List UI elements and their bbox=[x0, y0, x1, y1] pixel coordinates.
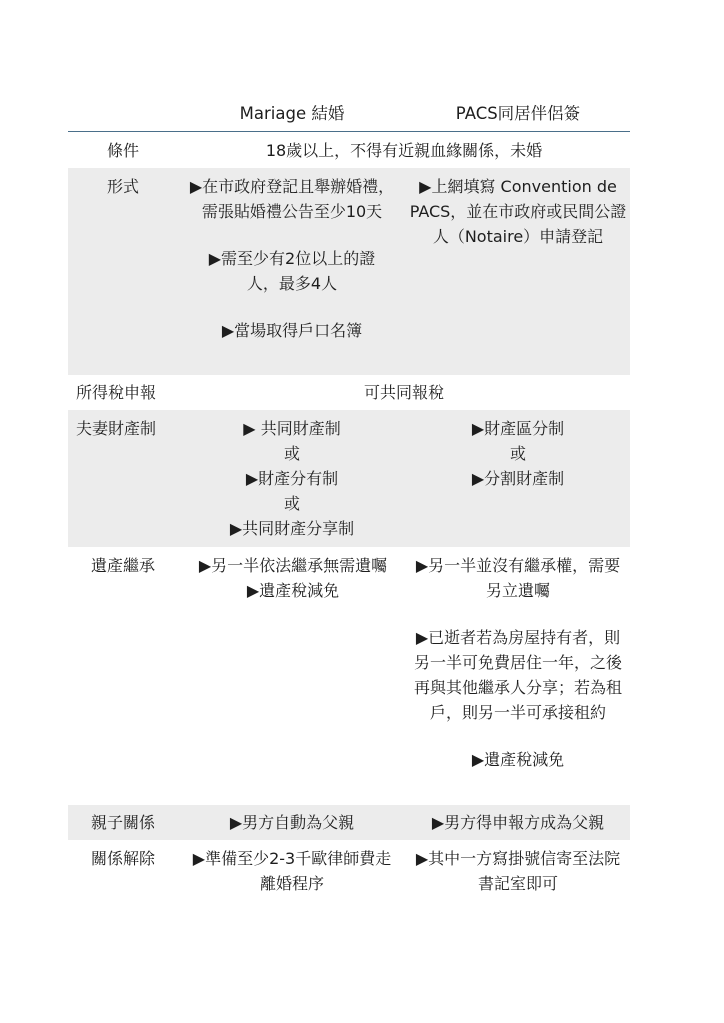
header-blank bbox=[68, 96, 178, 131]
pacs-cell: ▶財產區分制 或 ▶分割財產制 bbox=[406, 416, 630, 547]
pacs-item: 或 bbox=[406, 441, 630, 466]
marriage-item: ▶遺產稅減免 bbox=[180, 578, 406, 603]
pacs-item: ▶上網填寫 Convention de PACS，並在市政府或民間公證人（Not… bbox=[408, 174, 628, 249]
row-label: 遺產繼承 bbox=[68, 553, 178, 805]
marriage-cell: ▶另一半依法繼承無需遺囑 ▶遺產稅減免 bbox=[178, 553, 406, 805]
marriage-item: ▶在市政府登記且舉辦婚禮，需張貼婚禮公告至少10天 bbox=[188, 174, 396, 224]
marriage-item: 或 bbox=[178, 491, 406, 516]
marriage-item: ▶當場取得戶口名簿 bbox=[188, 318, 396, 343]
row-label: 所得稅申報 bbox=[68, 380, 178, 410]
pacs-item: ▶分割財產制 bbox=[406, 466, 630, 491]
pacs-item: ▶遺產稅減免 bbox=[410, 747, 626, 772]
table-header: Mariage 結婚 PACS同居伴侶簽 bbox=[68, 96, 630, 132]
row-label: 形式 bbox=[68, 174, 178, 375]
comparison-table: Mariage 結婚 PACS同居伴侶簽 條件 18歲以上，不得有近親血緣關係，… bbox=[68, 96, 630, 904]
marriage-item: ▶財產分有制 bbox=[178, 466, 406, 491]
marriage-cell: ▶準備至少2-3千歐律師費走離婚程序 bbox=[178, 846, 406, 904]
row-form: 形式 ▶在市政府登記且舉辦婚禮，需張貼婚禮公告至少10天 ▶需至少有2位以上的證… bbox=[68, 168, 630, 375]
marriage-item: ▶準備至少2-3千歐律師費走離婚程序 bbox=[186, 846, 398, 896]
pacs-cell: ▶上網填寫 Convention de PACS，並在市政府或民間公證人（Not… bbox=[406, 174, 630, 375]
row-label: 夫妻財產制 bbox=[68, 416, 178, 547]
marriage-cell: ▶在市政府登記且舉辦婚禮，需張貼婚禮公告至少10天 ▶需至少有2位以上的證人，最… bbox=[178, 174, 406, 375]
row-label: 親子關係 bbox=[68, 810, 178, 840]
pacs-cell: ▶其中一方寫掛號信寄至法院書記室即可 bbox=[406, 846, 630, 904]
row-income-tax: 所得稅申報 可共同報稅 bbox=[68, 375, 630, 410]
row-inheritance: 遺產繼承 ▶另一半依法繼承無需遺囑 ▶遺產稅減免 ▶另一半並沒有繼承權，需要另立… bbox=[68, 547, 630, 805]
marriage-cell: ▶ 共同財產制 或 ▶財產分有制 或 ▶共同財產分享制 bbox=[178, 416, 406, 547]
header-marriage: Mariage 結婚 bbox=[178, 96, 406, 131]
pacs-cell: ▶男方得申報方成為父親 bbox=[406, 810, 630, 840]
shared-cell: 18歲以上，不得有近親血緣關係，未婚 bbox=[178, 138, 630, 168]
pacs-item: ▶男方得申報方成為父親 bbox=[406, 810, 630, 835]
pacs-item: ▶財產區分制 bbox=[406, 416, 630, 441]
row-label: 關係解除 bbox=[68, 846, 178, 904]
pacs-item: ▶其中一方寫掛號信寄至法院書記室即可 bbox=[414, 846, 622, 896]
row-paternity: 親子關係 ▶男方自動為父親 ▶男方得申報方成為父親 bbox=[68, 805, 630, 840]
pacs-item: ▶已逝者若為房屋持有者，則另一半可免費居住一年，之後再與其他繼承人分享；若為租戶… bbox=[410, 625, 626, 725]
pacs-cell: ▶另一半並沒有繼承權，需要另立遺囑 ▶已逝者若為房屋持有者，則另一半可免費居住一… bbox=[406, 553, 630, 805]
marriage-cell: ▶男方自動為父親 bbox=[178, 810, 406, 840]
marriage-item: ▶ 共同財產制 bbox=[178, 416, 406, 441]
pacs-item: ▶另一半並沒有繼承權，需要另立遺囑 bbox=[410, 553, 626, 603]
marriage-item: ▶另一半依法繼承無需遺囑 bbox=[180, 553, 406, 578]
marriage-item: 或 bbox=[178, 441, 406, 466]
marriage-item: ▶男方自動為父親 bbox=[178, 810, 406, 835]
row-conditions: 條件 18歲以上，不得有近親血緣關係，未婚 bbox=[68, 132, 630, 168]
shared-cell: 可共同報稅 bbox=[178, 380, 630, 410]
header-pacs: PACS同居伴侶簽 bbox=[406, 96, 630, 131]
marriage-item: ▶需至少有2位以上的證人，最多4人 bbox=[188, 246, 396, 296]
marriage-item: ▶共同財產分享制 bbox=[178, 516, 406, 541]
row-dissolution: 關係解除 ▶準備至少2-3千歐律師費走離婚程序 ▶其中一方寫掛號信寄至法院書記室… bbox=[68, 840, 630, 904]
row-property-regime: 夫妻財產制 ▶ 共同財產制 或 ▶財產分有制 或 ▶共同財產分享制 ▶財產區分制… bbox=[68, 410, 630, 547]
row-label: 條件 bbox=[68, 138, 178, 168]
